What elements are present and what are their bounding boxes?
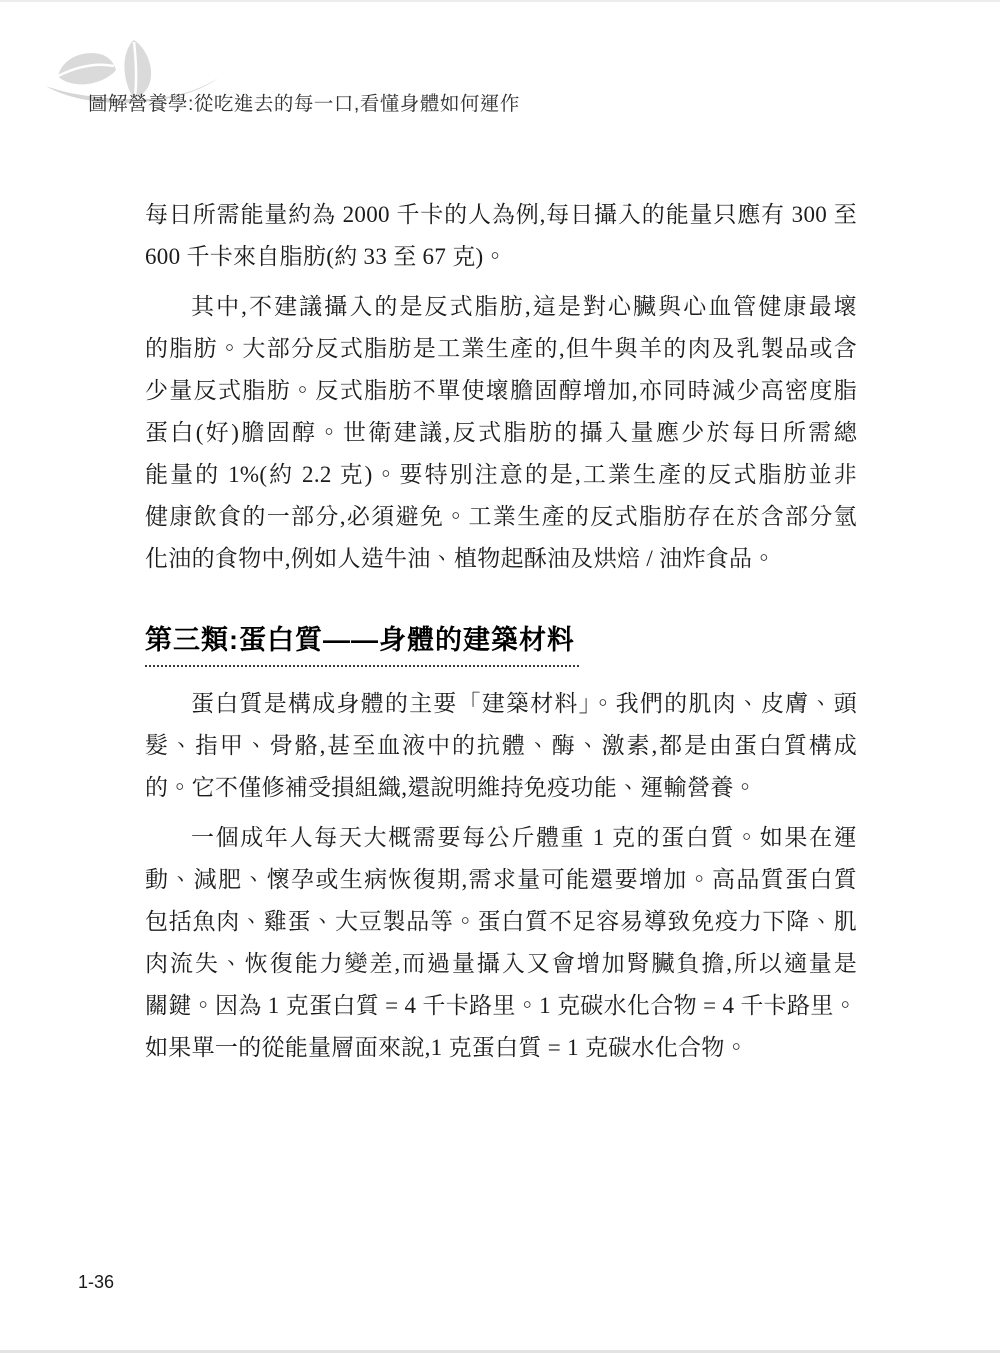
page-top-edge [0, 0, 1000, 2]
section-heading-protein: 第三類:蛋白質——身體的建築材料 [145, 622, 857, 667]
body-line: 動、減肥、懷孕或生病恢復期,需求量可能還要增加。高品質蛋白質 [145, 859, 857, 901]
body-line: 蛋白質是構成身體的主要「建築材料」。我們的肌肉、皮膚、頭 [145, 683, 857, 725]
body-line: 一個成年人每天大概需要每公斤體重 1 克的蛋白質。如果在運 [145, 817, 857, 859]
body-line: 肉流失、恢復能力變差,而過量攝入又會增加腎臟負擔,所以適量是 [145, 943, 857, 985]
body-line: 少量反式脂肪。反式脂肪不單使壞膽固醇增加,亦同時減少高密度脂 [145, 370, 857, 412]
paragraph-protein-needs: 一個成年人每天大概需要每公斤體重 1 克的蛋白質。如果在運 動、減肥、懷孕或生病… [145, 817, 857, 1069]
body-line: 600 千卡來自脂肪(約 33 至 67 克)。 [145, 236, 857, 278]
body-line: 髮、指甲、骨骼,甚至血液中的抗體、酶、激素,都是由蛋白質構成 [145, 725, 857, 767]
paragraph-trans-fat: 其中,不建議攝入的是反式脂肪,這是對心臟與心血管健康最壞 的脂肪。大部分反式脂肪… [145, 286, 857, 580]
body-line: 的。它不僅修補受損組織,還說明維持免疫功能、運輸營養。 [145, 767, 857, 809]
body-line: 其中,不建議攝入的是反式脂肪,這是對心臟與心血管健康最壞 [145, 286, 857, 328]
body-line: 包括魚肉、雞蛋、大豆製品等。蛋白質不足容易導致免疫力下降、肌 [145, 901, 857, 943]
body-line: 健康飲食的一部分,必須避免。工業生產的反式脂肪存在於含部分氫 [145, 496, 857, 538]
page-number: 1-36 [78, 1272, 114, 1293]
body-line: 關鍵。因為 1 克蛋白質 = 4 千卡路里。1 克碳水化合物 = 4 千卡路里。 [145, 985, 857, 1027]
body-line: 如果單一的從能量層面來說,1 克蛋白質 = 1 克碳水化合物。 [145, 1027, 857, 1069]
page-body: 每日所需能量約為 2000 千卡的人為例,每日攝入的能量只應有 300 至 60… [145, 194, 857, 1069]
paragraph-protein-intro: 蛋白質是構成身體的主要「建築材料」。我們的肌肉、皮膚、頭 髮、指甲、骨骼,甚至血… [145, 683, 857, 809]
body-line: 蛋白(好)膽固醇。世衛建議,反式脂肪的攝入量應少於每日所需總 [145, 412, 857, 454]
paragraph-fat-intake: 每日所需能量約為 2000 千卡的人為例,每日攝入的能量只應有 300 至 60… [145, 194, 857, 278]
body-line: 每日所需能量約為 2000 千卡的人為例,每日攝入的能量只應有 300 至 [145, 194, 857, 236]
body-line: 的脂肪。大部分反式脂肪是工業生產的,但牛與羊的肉及乳製品或含 [145, 328, 857, 370]
body-line: 能量的 1%(約 2.2 克)。要特別注意的是,工業生產的反式脂肪並非 [145, 454, 857, 496]
section-heading-text: 第三類:蛋白質——身體的建築材料 [145, 622, 579, 667]
body-line: 化油的食物中,例如人造牛油、植物起酥油及烘焙 / 油炸食品。 [145, 538, 857, 580]
book-title: 圖解營養學:從吃進去的每一口,看懂身體如何運作 [88, 88, 520, 116]
book-page: 圖解營養學:從吃進去的每一口,看懂身體如何運作 每日所需能量約為 2000 千卡… [0, 0, 1000, 1353]
